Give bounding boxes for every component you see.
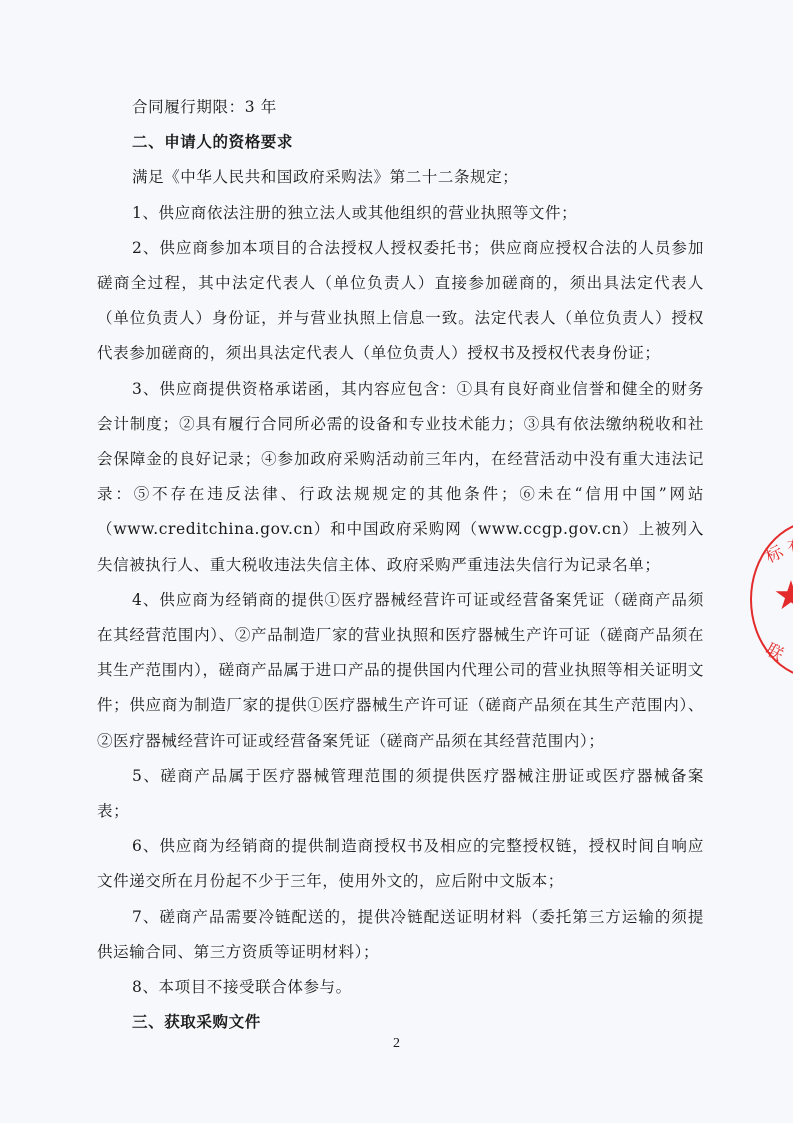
requirement-item-5: 5、磋商产品属于医疗器械管理范围的须提供医疗器械注册证或医疗器械备案表；: [97, 759, 704, 829]
contract-term: 合同履行期限：3 年: [97, 90, 704, 125]
page-number: 2: [0, 1036, 793, 1052]
requirement-item-6: 6、供应商为经销商的提供制造商授权书及相应的完整授权链，授权时间自响应文件递交所…: [97, 829, 704, 899]
star-icon: ★: [773, 576, 793, 616]
document-body: 合同履行期限：3 年 二、申请人的资格要求 满足《中华人民共和国政府采购法》第二…: [97, 90, 704, 1040]
paragraph-law-requirement: 满足《中华人民共和国政府采购法》第二十二条规定；: [97, 160, 704, 195]
requirement-item-8: 8、本项目不接受联合体参与。: [97, 970, 704, 1005]
requirement-item-4: 4、供应商为经销商的提供①医疗器械经营许可证或经营备案凭证（磋商产品须在其经营范…: [97, 583, 704, 759]
requirement-item-2: 2、供应商参加本项目的合法授权人授权委托书；供应商应授权合法的人员参加磋商全过程…: [97, 231, 704, 372]
red-seal-stamp: 标 有 ★ 联: [735, 510, 793, 690]
document-page: 合同履行期限：3 年 二、申请人的资格要求 满足《中华人民共和国政府采购法》第二…: [0, 0, 793, 1123]
requirement-item-7: 7、磋商产品需要冷链配送的，提供冷链配送证明材料（委托第三方运输的须提供运输合同…: [97, 900, 704, 970]
requirement-item-3: 3、供应商提供资格承诺函，其内容应包含：①具有良好商业信誉和健全的财务会计制度；…: [97, 372, 704, 583]
section-heading-qualifications: 二、申请人的资格要求: [97, 125, 704, 160]
requirement-item-1: 1、供应商依法注册的独立法人或其他组织的营业执照等文件；: [97, 196, 704, 231]
